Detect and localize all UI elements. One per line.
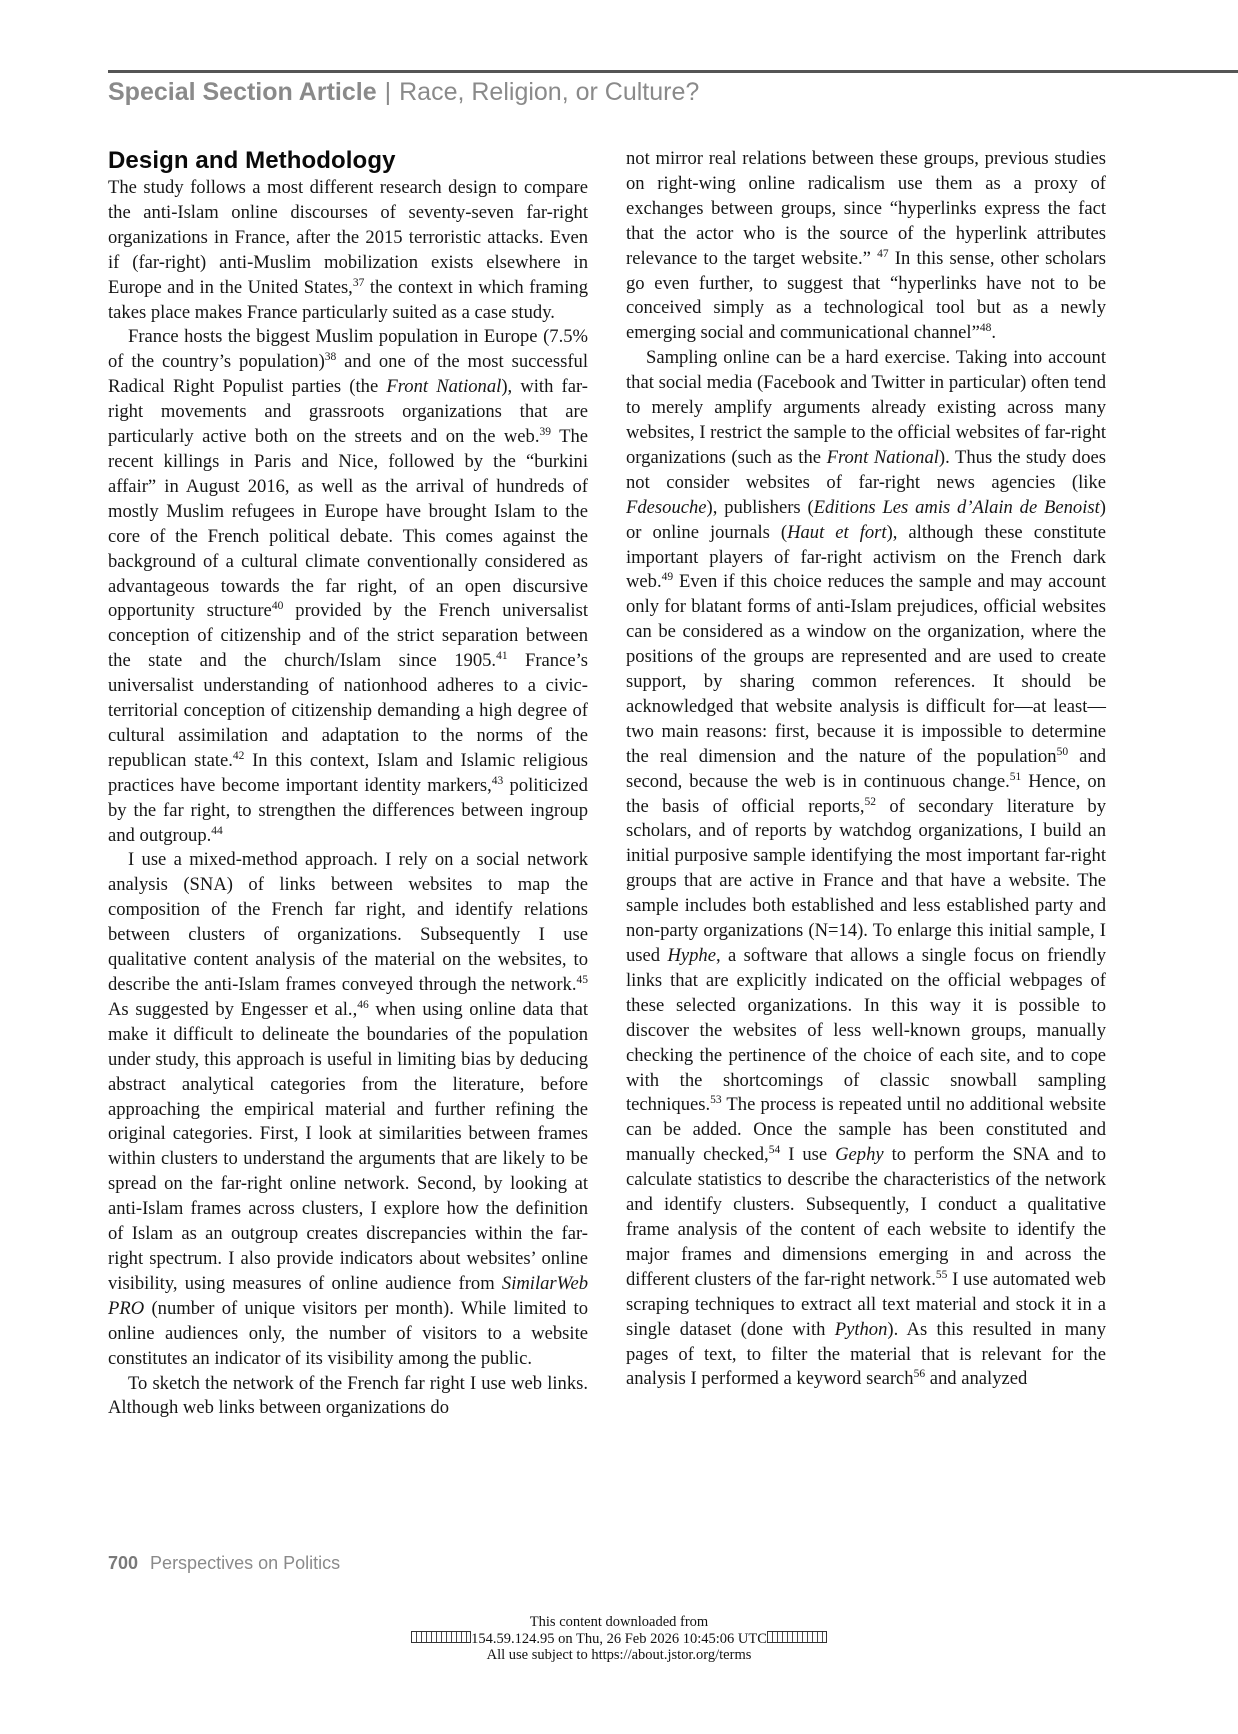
article-short-title: Race, Religion, or Culture? — [399, 78, 699, 106]
footnote-ref[interactable]: 54 — [769, 1144, 781, 1156]
running-head-separator: | — [385, 78, 392, 106]
left-column: Design and Methodology The study follows… — [108, 147, 588, 1421]
footnote-ref[interactable]: 41 — [496, 650, 508, 662]
header-rule — [108, 70, 1238, 73]
footnote-ref[interactable]: 52 — [864, 796, 876, 808]
footnote-ref[interactable]: 55 — [936, 1269, 948, 1281]
jstor-download-notice: This content downloaded from 154.59.124.… — [0, 1614, 1238, 1664]
running-head: Special Section Article|Race, Religion, … — [108, 78, 699, 107]
right-column: not mirror real relations between these … — [626, 147, 1106, 1392]
footnote-ref[interactable]: 45 — [577, 974, 589, 986]
page-number: 700 — [108, 1553, 138, 1573]
footnote-ref[interactable]: 43 — [492, 775, 504, 787]
paragraph: France hosts the biggest Muslim populati… — [108, 325, 588, 848]
section-heading: Design and Methodology — [108, 147, 588, 175]
footnote-ref[interactable]: 39 — [540, 426, 552, 438]
footnote-ref[interactable]: 40 — [272, 600, 284, 612]
footnote-ref[interactable]: 47 — [877, 248, 889, 260]
footnote-ref[interactable]: 50 — [1057, 746, 1069, 758]
page-footer: 700Perspectives on Politics — [108, 1553, 340, 1574]
paragraph: not mirror real relations between these … — [626, 147, 1106, 346]
redaction-box-icon — [411, 1631, 471, 1643]
footnote-ref[interactable]: 46 — [357, 999, 369, 1011]
paragraph: I use a mixed-method approach. I rely on… — [108, 848, 588, 1371]
paragraph: Sampling online can be a hard exercise. … — [626, 346, 1106, 1392]
notice-line: This content downloaded from — [0, 1614, 1238, 1631]
notice-line-ip: 154.59.124.95 on Thu, 26 Feb 2026 10:45:… — [0, 1631, 1238, 1648]
footnote-ref[interactable]: 53 — [710, 1094, 722, 1106]
paragraph: The study follows a most different resea… — [108, 176, 588, 325]
footnote-ref[interactable]: 38 — [325, 351, 337, 363]
paragraph: To sketch the network of the French far … — [108, 1372, 588, 1422]
footnote-ref[interactable]: 51 — [1010, 771, 1022, 783]
section-label: Special Section Article — [108, 78, 377, 106]
footnote-ref[interactable]: 48 — [980, 322, 992, 334]
footnote-ref[interactable]: 42 — [233, 750, 245, 762]
notice-terms-line[interactable]: All use subject to https://about.jstor.o… — [0, 1647, 1238, 1664]
footnote-ref[interactable]: 56 — [914, 1368, 926, 1380]
footnote-ref[interactable]: 44 — [211, 825, 223, 837]
journal-name: Perspectives on Politics — [150, 1553, 340, 1573]
footnote-ref[interactable]: 37 — [353, 277, 365, 289]
footnote-ref[interactable]: 49 — [662, 571, 674, 583]
redaction-box-icon — [767, 1631, 827, 1643]
